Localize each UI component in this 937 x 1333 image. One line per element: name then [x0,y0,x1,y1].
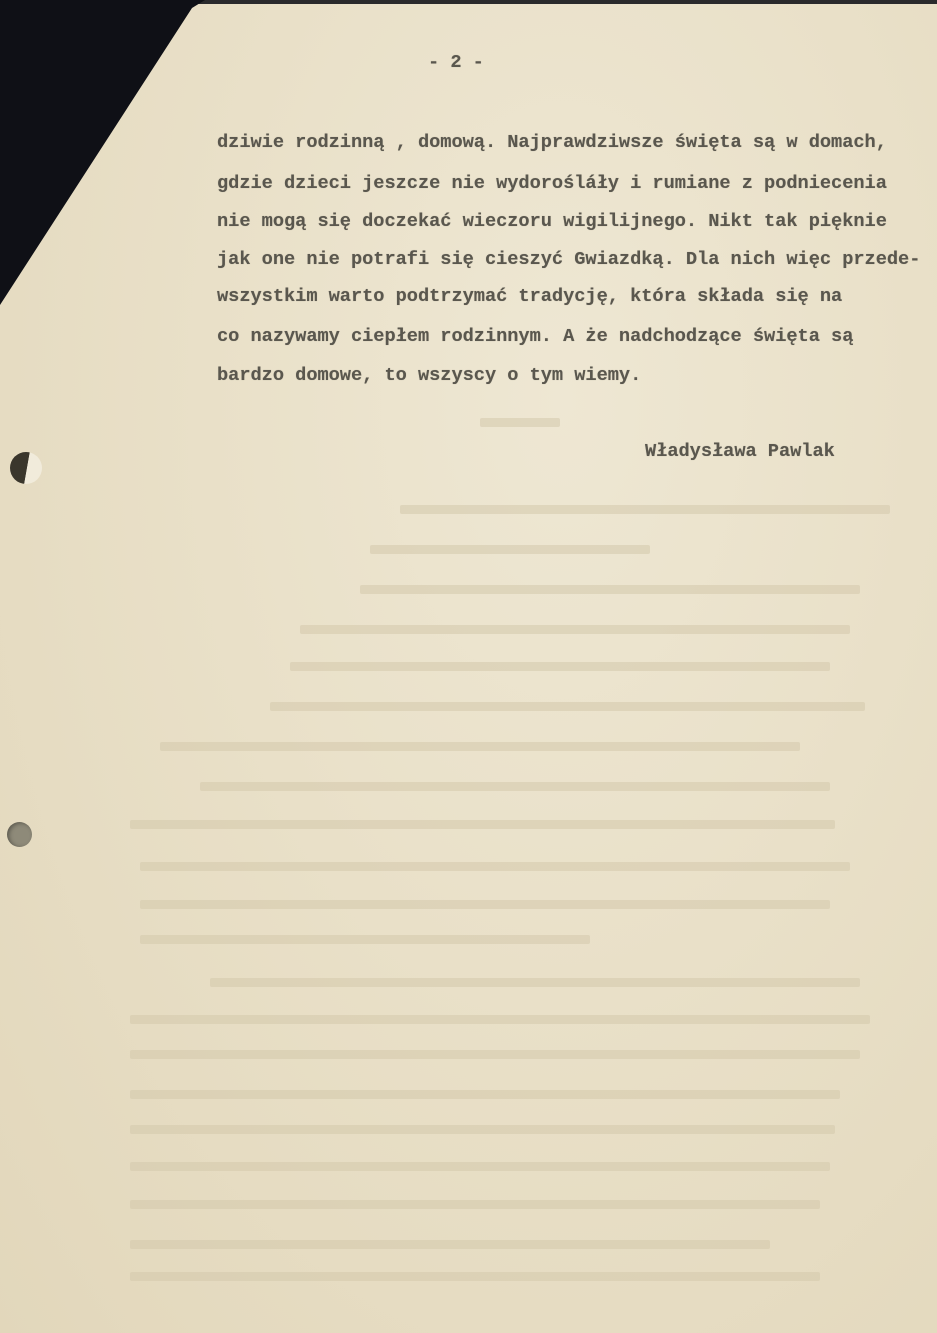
show-through-line [360,585,860,594]
show-through-line [290,662,830,671]
show-through-line [130,1200,820,1209]
body-line: wszystkim warto podtrzymać tradycję, któ… [217,286,842,306]
show-through-line [130,1272,820,1281]
show-through-line [130,1090,840,1099]
show-through-line [140,900,830,909]
show-through-line [480,418,560,427]
page-number: - 2 - [428,52,484,72]
show-through-line [270,702,865,711]
show-through-line [140,862,850,871]
show-through-line [140,935,590,944]
show-through-line [160,742,800,751]
show-through-line [130,820,835,829]
show-through-line [200,782,830,791]
body-line: co nazywamy ciepłem rodzinnym. A że nadc… [217,326,853,346]
show-through-line [300,625,850,634]
signature: Władysława Pawlak [645,441,835,461]
hole-punch-icon [7,822,32,847]
show-through-line [130,1125,835,1134]
body-line: dziwie rodzinną , domową. Najprawdziwsze… [217,132,887,152]
body-line: gdzie dzieci jeszcze nie wydorośláły i r… [217,173,887,193]
body-line: bardzo domowe, to wszyscy o tym wiemy. [217,365,641,385]
show-through-line [130,1050,860,1059]
body-line: jak one nie potrafi się cieszyć Gwiazdką… [217,249,920,269]
show-through-line [130,1240,770,1249]
show-through-line [130,1162,830,1171]
body-line: nie mogą się doczekać wieczoru wigilijne… [217,211,887,231]
hole-punch-icon [10,452,42,484]
show-through-line [210,978,860,987]
show-through-line [370,545,650,554]
show-through-line [130,1015,870,1024]
show-through-line [400,505,890,514]
